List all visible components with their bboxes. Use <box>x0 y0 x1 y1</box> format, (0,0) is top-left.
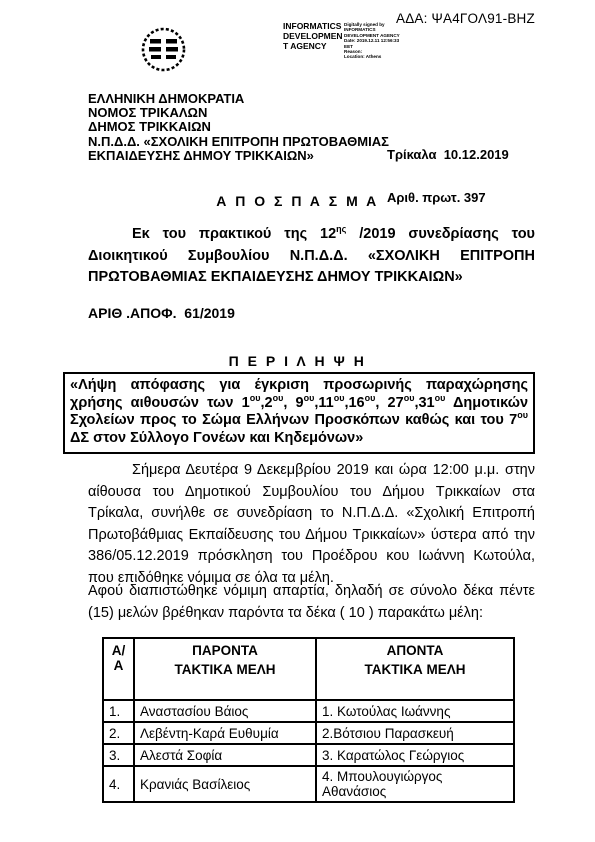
signature-agency-name: INFORMATICSDEVELOPMENT AGENCY <box>283 21 339 60</box>
letterhead-prefecture: ΝΟΜΟΣ ΤΡΙΚΑΛΩΝ <box>88 106 535 120</box>
row-number-cell: 2. <box>103 722 134 744</box>
attendance-table: Α/Α ΠΑΡΟΝΤΑ ΤΑΚΤΙΚΑ ΜΕΛΗ ΑΠΟΝΤΑ ΤΑΚΤΙΚΑ … <box>102 637 515 803</box>
quorum-paragraph: Αφού διαπιστώθηκε νόμιμη απαρτία, δηλαδή… <box>88 581 535 624</box>
table-row: 4. Κρανιάς Βασίλειος 4. Μπουλουγιώργος Α… <box>103 766 514 802</box>
table-row: 3. Αλεστά Σοφία 3. Καρατώλος Γεώργιος <box>103 744 514 766</box>
digital-signature-stamp: INFORMATICSDEVELOPMENT AGENCY Digitally … <box>283 21 400 60</box>
excerpt-paragraph: Εκ του πρακτικού της 12ης /2019 συνεδρία… <box>88 224 535 289</box>
document-date: Τρίκαλα 10.12.2019 <box>387 148 509 162</box>
letterhead-right-block: Τρίκαλα 10.12.2019 Αριθ. πρωτ. 397 <box>387 120 509 234</box>
present-member-cell: Κρανιάς Βασίλειος <box>134 766 316 802</box>
absent-member-cell: 4. Μπουλουγιώργος Αθανάσιος <box>316 766 514 802</box>
header-absent: ΑΠΟΝΤΑ ΤΑΚΤΙΚΑ ΜΕΛΗ <box>316 638 514 700</box>
header-present-line2: ΤΑΚΤΙΚΑ ΜΕΛΗ <box>140 662 310 677</box>
absent-member-cell: 2.Βότσιου Παρασκευή <box>316 722 514 744</box>
row-number-cell: 3. <box>103 744 134 766</box>
letterhead: ΕΛΛΗΝΙΚΗ ΔΗΜΟΚΡΑΤΙΑ ΝΟΜΟΣ ΤΡΙΚΑΛΩΝ ΔΗΜΟΣ… <box>88 92 535 163</box>
session-paragraph: Σήμερα Δευτέρα 9 Δεκεμβρίου 2019 και ώρα… <box>88 460 535 590</box>
present-member-cell: Αλεστά Σοφία <box>134 744 316 766</box>
ada-code: ΑΔΑ: ΨΑ4ΓΟΛ91-ΒΗΖ <box>396 11 535 26</box>
header-present: ΠΑΡΟΝΤΑ ΤΑΚΤΙΚΑ ΜΕΛΗ <box>134 638 316 700</box>
decision-number: ΑΡΙΘ .ΑΠΟΦ. 61/2019 <box>88 305 235 321</box>
excerpt-title: Α Π Ο Σ Π Α Σ Μ Α <box>0 193 595 209</box>
present-member-cell: Αναστασίου Βάιος <box>134 700 316 722</box>
table-row: 2. Λεβέντη-Καρά Ευθυμία 2.Βότσιου Παρασκ… <box>103 722 514 744</box>
table-header-row: Α/Α ΠΑΡΟΝΤΑ ΤΑΚΤΙΚΑ ΜΕΛΗ ΑΠΟΝΤΑ ΤΑΚΤΙΚΑ … <box>103 638 514 700</box>
letterhead-republic: ΕΛΛΗΝΙΚΗ ΔΗΜΟΚΡΑΤΙΑ <box>88 92 535 106</box>
summary-title: Π Ε Ρ Ι Λ Η Ψ Η <box>0 353 595 369</box>
row-number-cell: 4. <box>103 766 134 802</box>
header-aa: Α/Α <box>103 638 134 700</box>
signature-details: Digitally signed byINFORMATICSDEVELOPMEN… <box>344 21 400 60</box>
greek-emblem-icon <box>140 26 187 73</box>
document-page: ΑΔΑ: ΨΑ4ΓΟΛ91-ΒΗΖ INFORMATICSDEVELOPMENT… <box>0 0 595 842</box>
summary-box: «Λήψη απόφασης για έγκριση προσωρινής πα… <box>63 372 535 454</box>
header-present-line1: ΠΑΡΟΝΤΑ <box>140 643 310 658</box>
absent-member-cell: 3. Καρατώλος Γεώργιος <box>316 744 514 766</box>
row-number-cell: 1. <box>103 700 134 722</box>
present-member-cell: Λεβέντη-Καρά Ευθυμία <box>134 722 316 744</box>
table-row: 1. Αναστασίου Βάιος 1. Κωτούλας Ιωάννης <box>103 700 514 722</box>
absent-member-cell: 1. Κωτούλας Ιωάννης <box>316 700 514 722</box>
header-absent-line1: ΑΠΟΝΤΑ <box>322 643 508 658</box>
header-absent-line2: ΤΑΚΤΙΚΑ ΜΕΛΗ <box>322 662 508 677</box>
